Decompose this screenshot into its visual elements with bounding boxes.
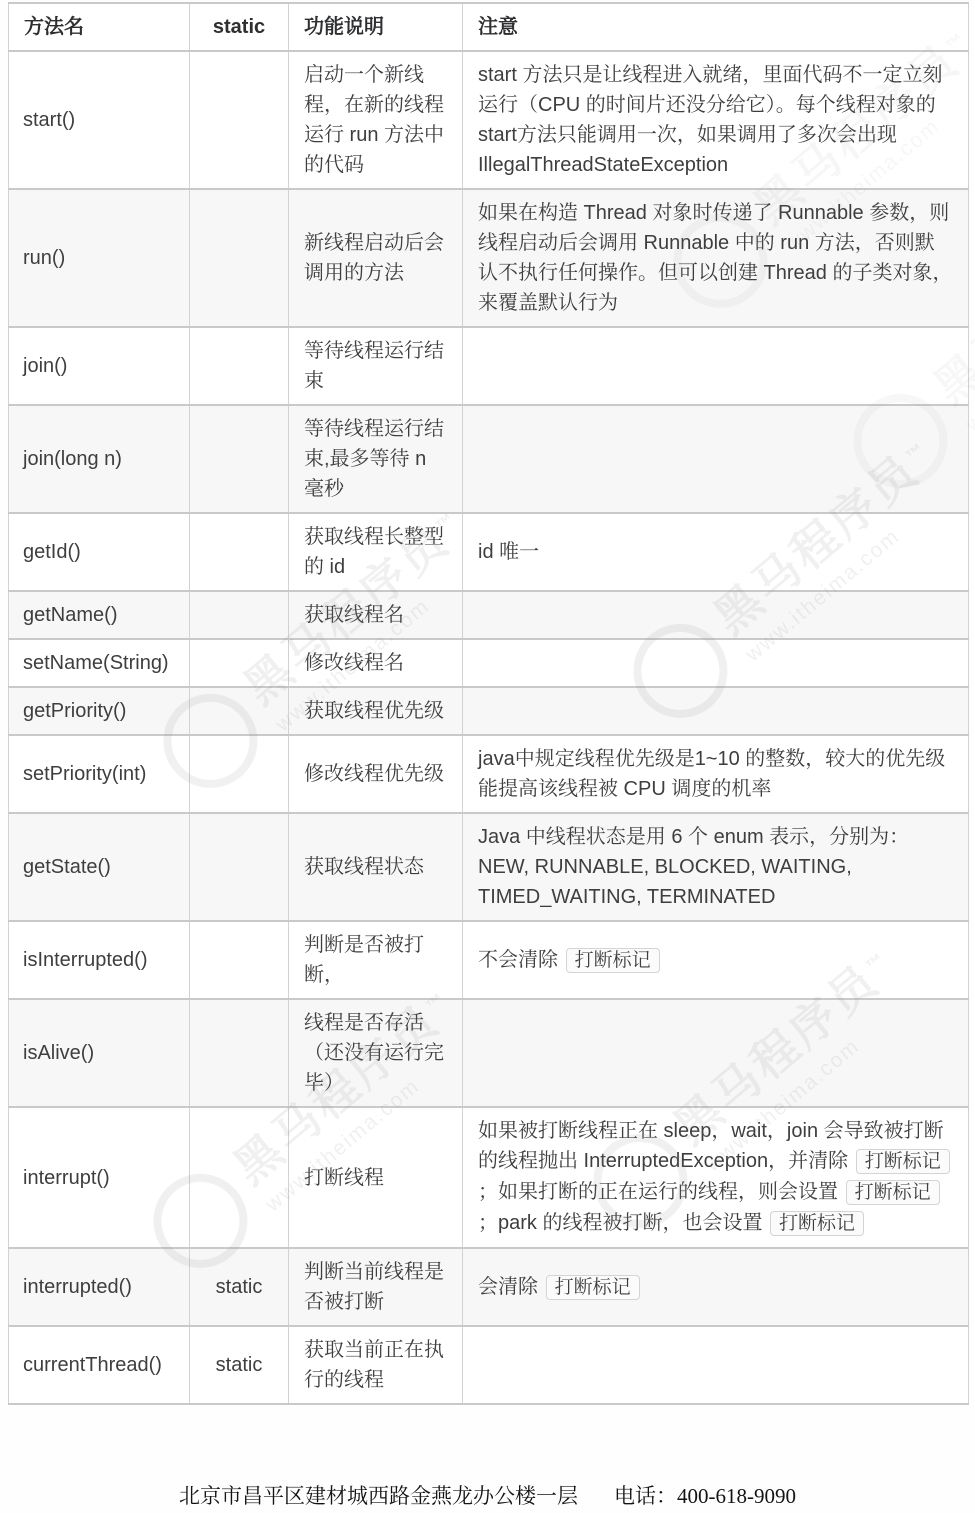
description-cell: 打断线程: [289, 1107, 463, 1248]
method-name-cell: interrupted(): [9, 1248, 190, 1326]
table-row: getState()获取线程状态Java 中线程状态是用 6 个 enum 表示…: [9, 813, 969, 921]
description-cell: 修改线程名: [289, 639, 463, 687]
note-cell: start 方法只是让线程进入就绪，里面代码不一定立刻运行（CPU 的时间片还没…: [463, 51, 969, 189]
table-row: run()新线程启动后会调用的方法如果在构造 Thread 对象时传递了 Run…: [9, 189, 969, 327]
table-row: setName(String)修改线程名: [9, 639, 969, 687]
table-row: isInterrupted()判断是否被打断，不会清除 打断标记: [9, 921, 969, 999]
thread-methods-table: 方法名 static 功能说明 注意 start()启动一个新线程，在新的线程运…: [8, 2, 969, 1405]
description-cell: 等待线程运行结束: [289, 327, 463, 405]
method-name-cell: start(): [9, 51, 190, 189]
note-cell: 不会清除 打断标记: [463, 921, 969, 999]
note-text: id 唯一: [478, 541, 539, 563]
static-cell: [190, 999, 289, 1107]
note-text: java中规定线程优先级是1~10 的整数，较大的优先级能提高该线程被 CPU …: [478, 748, 945, 800]
description-cell: 判断当前线程是否被打断: [289, 1248, 463, 1326]
page: 方法名 static 功能说明 注意 start()启动一个新线程，在新的线程运…: [0, 2, 975, 1513]
table-row: getName()获取线程名: [9, 591, 969, 639]
description-cell: 获取线程长整型的 id: [289, 513, 463, 591]
description-cell: 判断是否被打断，: [289, 921, 463, 999]
note-cell: [463, 687, 969, 735]
table-row: start()启动一个新线程，在新的线程运行 run 方法中的代码start 方…: [9, 51, 969, 189]
interrupt-flag-badge: 打断标记: [566, 948, 660, 973]
method-name-cell: currentThread(): [9, 1326, 190, 1404]
method-name-cell: getId(): [9, 513, 190, 591]
table-row: join(long n)等待线程运行结束,最多等待 n 毫秒: [9, 405, 969, 513]
note-cell: [463, 639, 969, 687]
static-cell: [190, 735, 289, 813]
description-cell: 线程是否存活（还没有运行完毕）: [289, 999, 463, 1107]
static-cell: [190, 513, 289, 591]
table-row: interrupted()static判断当前线程是否被打断会清除 打断标记: [9, 1248, 969, 1326]
header-static: static: [190, 3, 289, 51]
static-cell: [190, 639, 289, 687]
note-cell: [463, 1326, 969, 1404]
method-name-cell: getState(): [9, 813, 190, 921]
note-text: ；如果打断的正在运行的线程，则会设置: [478, 1181, 844, 1203]
note-cell: 会清除 打断标记: [463, 1248, 969, 1326]
table-row: isAlive()线程是否存活（还没有运行完毕）: [9, 999, 969, 1107]
static-cell: [190, 813, 289, 921]
method-name-cell: isAlive(): [9, 999, 190, 1107]
note-text: start 方法只是让线程进入就绪，里面代码不一定立刻运行（CPU 的时间片还没…: [478, 64, 942, 176]
table-row: join()等待线程运行结束: [9, 327, 969, 405]
note-cell: [463, 327, 969, 405]
note-cell: [463, 999, 969, 1107]
static-cell: static: [190, 1326, 289, 1404]
note-text: 会清除: [478, 1276, 544, 1298]
description-cell: 获取当前正在执行的线程: [289, 1326, 463, 1404]
method-name-cell: getName(): [9, 591, 190, 639]
note-cell: 如果被打断线程正在 sleep，wait，join 会导致被打断的线程抛出 In…: [463, 1107, 969, 1248]
interrupt-flag-badge: 打断标记: [856, 1149, 950, 1174]
footer-address: 北京市昌平区建材城西路金燕龙办公楼一层: [179, 1484, 578, 1508]
description-cell: 获取线程名: [289, 591, 463, 639]
description-cell: 获取线程状态: [289, 813, 463, 921]
description-cell: 新线程启动后会调用的方法: [289, 189, 463, 327]
method-name-cell: interrupt(): [9, 1107, 190, 1248]
note-cell: [463, 591, 969, 639]
static-cell: [190, 591, 289, 639]
note-cell: [463, 405, 969, 513]
note-text: Java 中线程状态是用 6 个 enum 表示，分别为：NEW, RUNNAB…: [478, 826, 909, 908]
static-cell: [190, 327, 289, 405]
note-text: 不会清除: [478, 949, 564, 971]
description-cell: 获取线程优先级: [289, 687, 463, 735]
static-cell: [190, 921, 289, 999]
table-row: setPriority(int)修改线程优先级java中规定线程优先级是1~10…: [9, 735, 969, 813]
table-row: getId()获取线程长整型的 idid 唯一: [9, 513, 969, 591]
method-name-cell: setPriority(int): [9, 735, 190, 813]
note-cell: Java 中线程状态是用 6 个 enum 表示，分别为：NEW, RUNNAB…: [463, 813, 969, 921]
table-row: interrupt()打断线程如果被打断线程正在 sleep，wait，join…: [9, 1107, 969, 1248]
static-cell: static: [190, 1248, 289, 1326]
description-cell: 启动一个新线程，在新的线程运行 run 方法中的代码: [289, 51, 463, 189]
header-note: 注意: [463, 3, 969, 51]
note-cell: id 唯一: [463, 513, 969, 591]
header-method-name: 方法名: [9, 3, 190, 51]
method-name-cell: join(long n): [9, 405, 190, 513]
method-name-cell: setName(String): [9, 639, 190, 687]
static-cell: [190, 687, 289, 735]
header-description: 功能说明: [289, 3, 463, 51]
table-row: currentThread()static获取当前正在执行的线程: [9, 1326, 969, 1404]
method-name-cell: isInterrupted(): [9, 921, 190, 999]
description-cell: 修改线程优先级: [289, 735, 463, 813]
static-cell: [190, 189, 289, 327]
header-row: 方法名 static 功能说明 注意: [9, 3, 969, 51]
note-text: 如果在构造 Thread 对象时传递了 Runnable 参数，则线程启动后会调…: [478, 202, 952, 314]
footer-phone: 电话：400-618-9090: [614, 1484, 796, 1508]
description-cell: 等待线程运行结束,最多等待 n 毫秒: [289, 405, 463, 513]
interrupt-flag-badge: 打断标记: [546, 1275, 640, 1300]
static-cell: [190, 1107, 289, 1248]
method-name-cell: join(): [9, 327, 190, 405]
footer: 北京市昌平区建材城西路金燕龙办公楼一层电话：400-618-9090: [0, 1480, 975, 1510]
table-header: 方法名 static 功能说明 注意: [9, 3, 969, 51]
note-cell: 如果在构造 Thread 对象时传递了 Runnable 参数，则线程启动后会调…: [463, 189, 969, 327]
method-name-cell: run(): [9, 189, 190, 327]
static-cell: [190, 51, 289, 189]
table-row: getPriority()获取线程优先级: [9, 687, 969, 735]
interrupt-flag-badge: 打断标记: [770, 1211, 864, 1236]
note-text: ；park 的线程被打断，也会设置: [478, 1212, 768, 1234]
static-cell: [190, 405, 289, 513]
note-cell: java中规定线程优先级是1~10 的整数，较大的优先级能提高该线程被 CPU …: [463, 735, 969, 813]
interrupt-flag-badge: 打断标记: [846, 1180, 940, 1205]
method-name-cell: getPriority(): [9, 687, 190, 735]
table-body: start()启动一个新线程，在新的线程运行 run 方法中的代码start 方…: [9, 51, 969, 1404]
